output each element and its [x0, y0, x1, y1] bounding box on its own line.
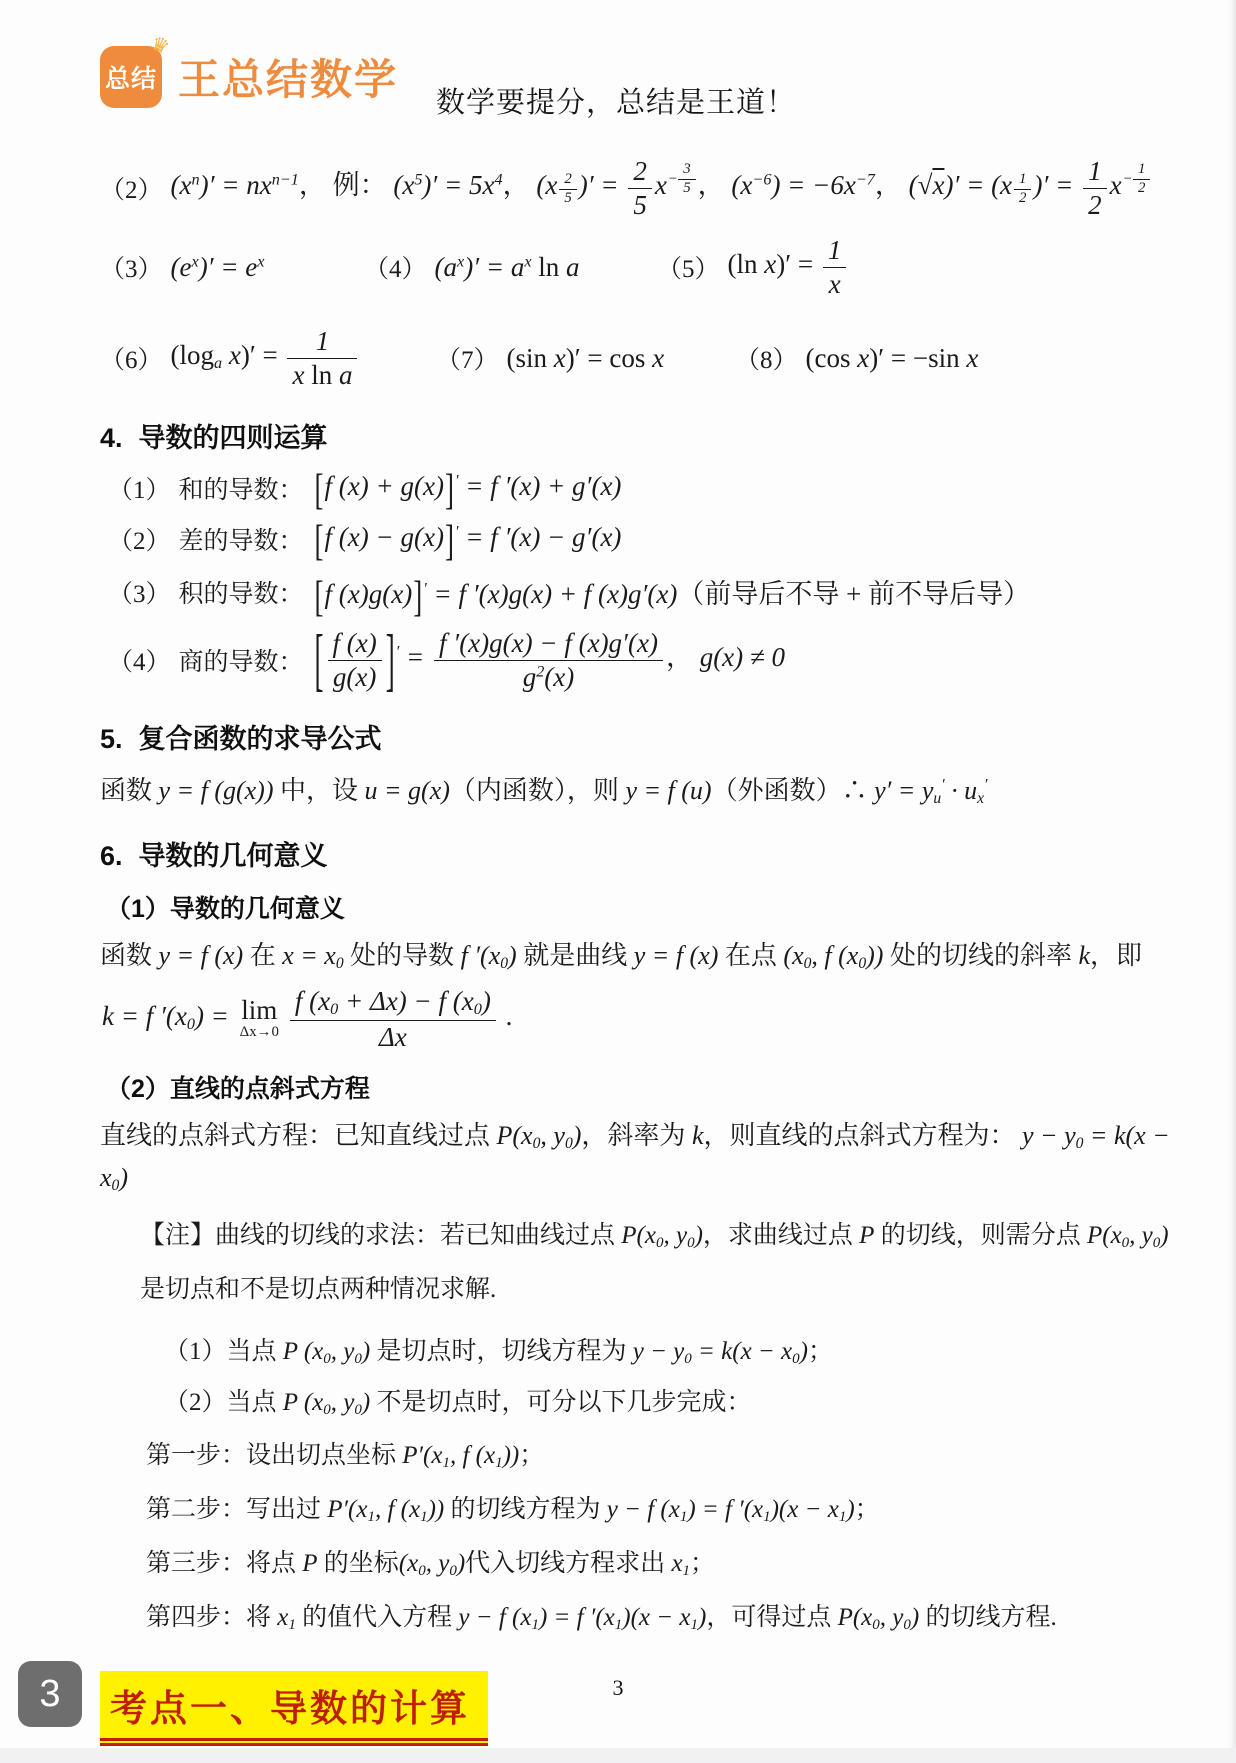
formula-power-rule: (xn)′ = nxn−1， 例： (x5)′ = 5x4， (x25)′ = … — [171, 155, 1153, 221]
formula-log: (loga x)′ = 1x ln a — [171, 325, 361, 391]
tangent-case-1: （1）当点 P (x0, y0) 是切点时，切线方程为 y − y0 = k(x… — [164, 1331, 1180, 1368]
rule-item-quotient: （4） 商的导数： [f (x)g(x)]′ = f ′(x)g(x) − f … — [108, 627, 1180, 693]
formula-label: （4） — [364, 249, 427, 285]
tangent-step-2: 第二步：写出过 P′(x1, f (x1)) 的切线方程为 y − f (x1)… — [146, 1489, 1180, 1526]
formula-row-power-rule: （2） (xn)′ = nxn−1， 例： (x5)′ = 5x4， (x25)… — [100, 148, 1180, 228]
item-label: （1） — [108, 470, 171, 506]
formula-e-power: (ex)′ = ex — [171, 252, 265, 283]
item-name: 差的导数： — [179, 521, 304, 557]
section-title: 导数的几何意义 — [139, 834, 328, 873]
formula-cos: (cos x)′ = −sin x — [806, 343, 979, 374]
formula-a-power: (ax)′ = ax ln a — [435, 252, 580, 283]
logo-badge-text: 总结 — [105, 59, 157, 95]
section-number: 6. — [100, 841, 123, 872]
formula-label: （7） — [436, 340, 499, 376]
slogan-text: 数学要提分，总结是王道！ — [436, 80, 796, 121]
page-header: 总结 ♛ 王总结数学 数学要提分，总结是王道！ — [100, 46, 1180, 140]
viewer-bottom-strip — [0, 1748, 1236, 1763]
rule-item-difference: （2） 差的导数： [f (x) − g(x)]′ = f ′(x) − g′(… — [108, 521, 1180, 557]
formula-cell: （4） (ax)′ = ax ln a — [364, 249, 657, 285]
formula-sum-rule: [f (x) + g(x)]′ = f ′(x) + g′(x) — [314, 471, 622, 504]
section-title: 导数的四则运算 — [139, 416, 328, 455]
item-name: 积的导数： — [179, 574, 304, 610]
formula-ln: (ln x)′ = 1x — [728, 234, 850, 300]
formula-cell: （5） (ln x)′ = 1x — [657, 234, 849, 300]
item-label: （4） — [108, 642, 171, 678]
document-page: 总结 ♛ 王总结数学 数学要提分，总结是王道！ （2） (xn)′ = nxn−… — [0, 0, 1236, 1763]
section-title: 复合函数的求导公式 — [139, 717, 382, 756]
tangent-step-3: 第三步：将点 P 的坐标(x0, y0)代入切线方程求出 x1； — [146, 1543, 1180, 1580]
geometric-meaning-paragraph: 函数 y = f (x) 在 x = x0 处的导数 f ′(x0) 就是曲线 … — [100, 935, 1180, 977]
section-number: 5. — [100, 724, 123, 755]
subsection-heading-point-slope: （2）直线的点斜式方程 — [106, 1069, 1180, 1105]
tangent-case-2: （2）当点 P (x0, y0) 不是切点时，可分以下几步完成： — [164, 1382, 1180, 1419]
composite-function-paragraph: 函数 y = f (g(x)) 中，设 u = g(x)（内函数），则 y = … — [100, 770, 1180, 812]
tangent-note-paragraph: 【注】曲线的切线的求法：若已知曲线过点 P(x0, y0)，求曲线过点 P 的切… — [140, 1209, 1180, 1317]
derivative-limit-formula: k = f ′(x0) = limΔx→0f (x0 + Δx) − f (x0… — [102, 985, 1180, 1053]
section-heading-5: 5. 复合函数的求导公式 — [100, 717, 1180, 756]
item-label: （2） — [108, 521, 171, 557]
item-name: 商的导数： — [179, 642, 304, 678]
page-number: 3 — [0, 1675, 1236, 1701]
brand-name: 王总结数学 — [178, 47, 398, 107]
formula-label: （8） — [735, 340, 798, 376]
section-heading-4: 4. 导数的四则运算 — [100, 416, 1180, 455]
formula-quotient-rule: [f (x)g(x)]′ = f ′(x)g(x) − f (x)g′(x)g2… — [314, 627, 785, 693]
rule-item-sum: （1） 和的导数： [f (x) + g(x)]′ = f ′(x) + g′(… — [108, 470, 1180, 506]
formula-label: （5） — [657, 249, 720, 285]
page-content: 总结 ♛ 王总结数学 数学要提分，总结是王道！ （2） (xn)′ = nxn−… — [0, 46, 1236, 1746]
formula-difference-rule: [f (x) − g(x)]′ = f ′(x) − g′(x) — [314, 522, 622, 555]
formula-row-trig: （6） (loga x)′ = 1x ln a （7） (sin x)′ = c… — [100, 310, 1180, 406]
logo-icon: 总结 ♛ — [100, 46, 162, 108]
section-number: 4. — [100, 423, 123, 454]
formula-cell: （3） (ex)′ = ex — [100, 249, 364, 285]
formula-cell: （6） (loga x)′ = 1x ln a — [100, 325, 436, 391]
subsection-heading-geometric-meaning: （1）导数的几何意义 — [106, 889, 1180, 925]
formula-label: （3） — [100, 249, 163, 285]
formula-label: （6） — [100, 340, 163, 376]
item-label: （3） — [108, 574, 171, 610]
point-slope-paragraph: 直线的点斜式方程：已知直线过点 P(x0, y0)，斜率为 k，则直线的点斜式方… — [100, 1115, 1180, 1199]
formula-product-rule: [f (x)g(x)]′ = f ′(x)g(x) + f (x)g′(x)（前… — [314, 572, 1031, 612]
item-name: 和的导数： — [179, 470, 304, 506]
tangent-step-1: 第一步：设出切点坐标 P′(x1, f (x1))； — [146, 1435, 1180, 1472]
formula-cell: （7） (sin x)′ = cos x — [436, 340, 735, 376]
formula-label: （2） — [100, 170, 163, 206]
formula-row-exp-log: （3） (ex)′ = ex （4） (ax)′ = ax ln a （5） (… — [100, 230, 1180, 304]
formula-sin: (sin x)′ = cos x — [507, 343, 665, 374]
section-heading-6: 6. 导数的几何意义 — [100, 834, 1180, 873]
rule-item-product: （3） 积的导数： [f (x)g(x)]′ = f ′(x)g(x) + f … — [108, 572, 1180, 612]
tangent-step-4: 第四步：将 x1 的值代入方程 y − f (x1) = f ′(x1)(x −… — [146, 1597, 1180, 1634]
crown-icon: ♛ — [147, 30, 174, 60]
formula-cell: （8） (cos x)′ = −sin x — [735, 340, 978, 376]
